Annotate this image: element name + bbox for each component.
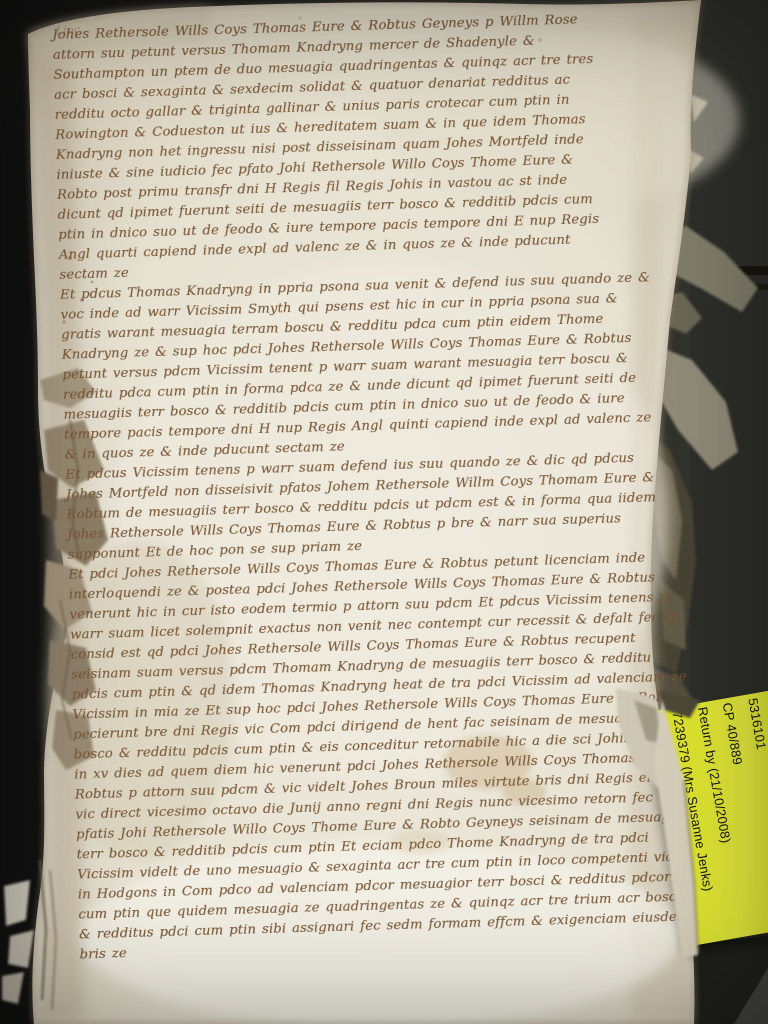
plea-entry-paragraph-3: Et pdcus Vicissim tenens p warr suam def… bbox=[65, 448, 674, 566]
archive-photograph: Linc Johes Rethersole Wills Coys Thomas … bbox=[0, 0, 768, 1024]
plea-entry-paragraph-4: Et pdci Johes Rethersole Wills Coys Thom… bbox=[68, 547, 698, 965]
plea-entry-paragraph-2: Et pdcus Thomas Knadryng in ppria psona … bbox=[60, 268, 663, 466]
manuscript-text-block: Johes Rethersole Wills Coys Thomas Eure … bbox=[52, 7, 712, 965]
plea-entry-paragraph-1: Johes Rethersole Wills Coys Thomas Eure … bbox=[52, 10, 615, 286]
